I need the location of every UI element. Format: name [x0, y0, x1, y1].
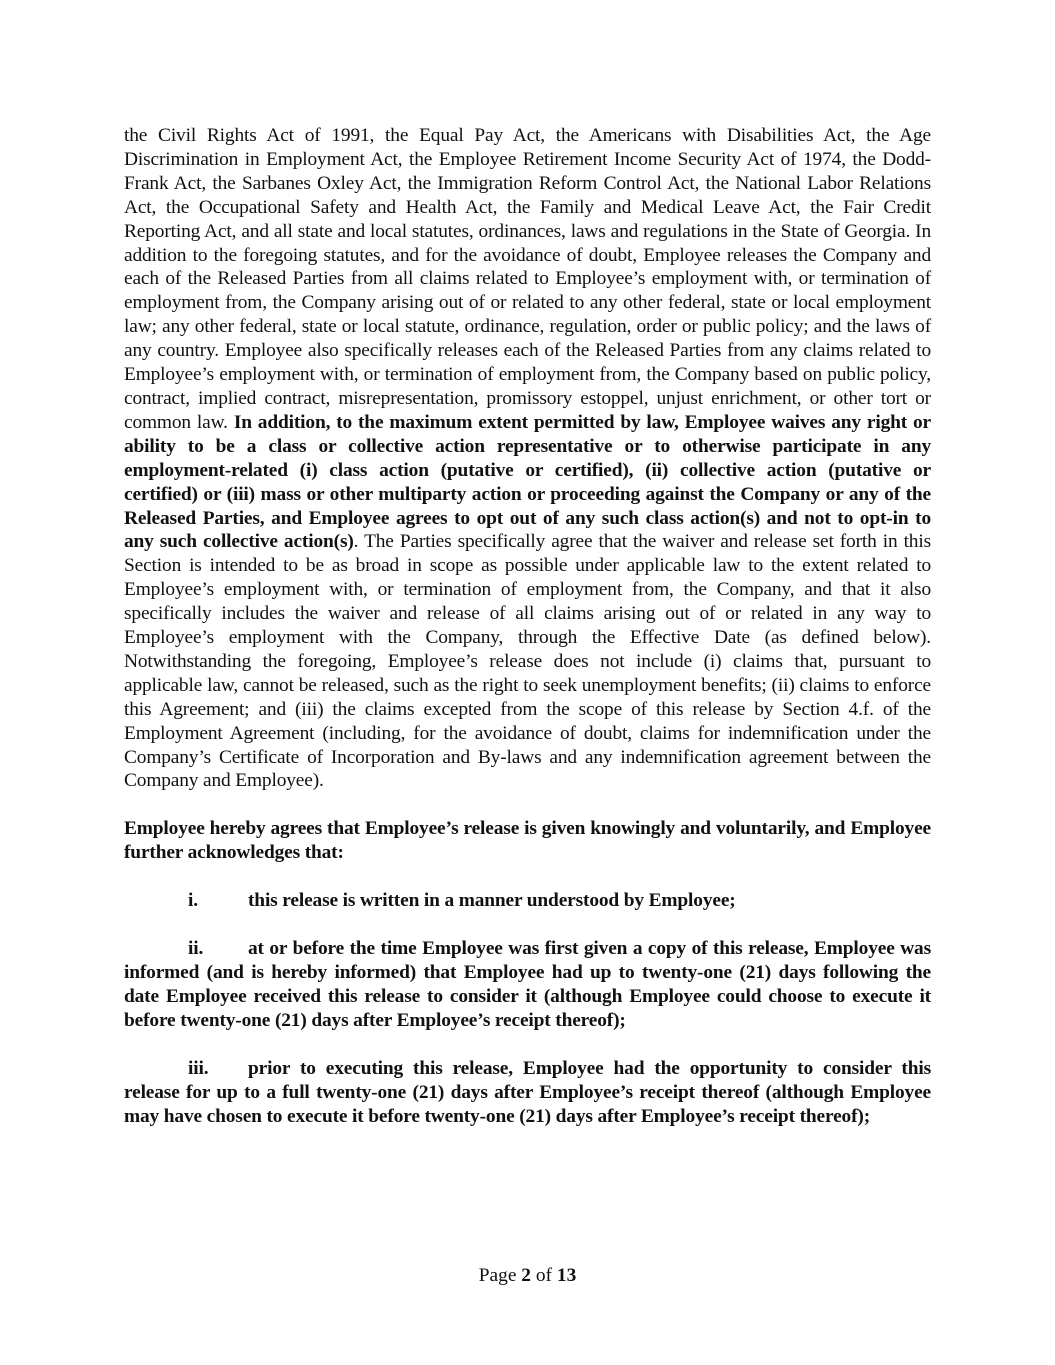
- acknowledgement-item: ii.at or before the time Employee was fi…: [124, 937, 931, 1033]
- of-label: of: [536, 1265, 552, 1286]
- list-marker: ii.: [188, 937, 248, 961]
- acknowledgement-item: iii.prior to executing this release, Emp…: [124, 1057, 931, 1129]
- total-pages-number: 13: [557, 1265, 576, 1286]
- document-page: the Civil Rights Act of 1991, the Equal …: [124, 124, 931, 1152]
- page-footer: Page 2 of 13: [0, 1264, 1055, 1288]
- page-label: Page: [479, 1265, 517, 1286]
- current-page-number: 2: [521, 1265, 531, 1286]
- release-text-continued: . The Parties specifically agree that th…: [124, 531, 931, 791]
- release-text-regular: the Civil Rights Act of 1991, the Equal …: [124, 125, 931, 433]
- list-marker: i.: [188, 889, 248, 913]
- acknowledgement-intro: Employee hereby agrees that Employee’s r…: [124, 817, 931, 865]
- acknowledgement-text: this release is written in a manner unde…: [248, 890, 736, 911]
- release-paragraph: the Civil Rights Act of 1991, the Equal …: [124, 124, 931, 793]
- list-marker: iii.: [188, 1057, 248, 1081]
- acknowledgement-item: i.this release is written in a manner un…: [124, 889, 931, 913]
